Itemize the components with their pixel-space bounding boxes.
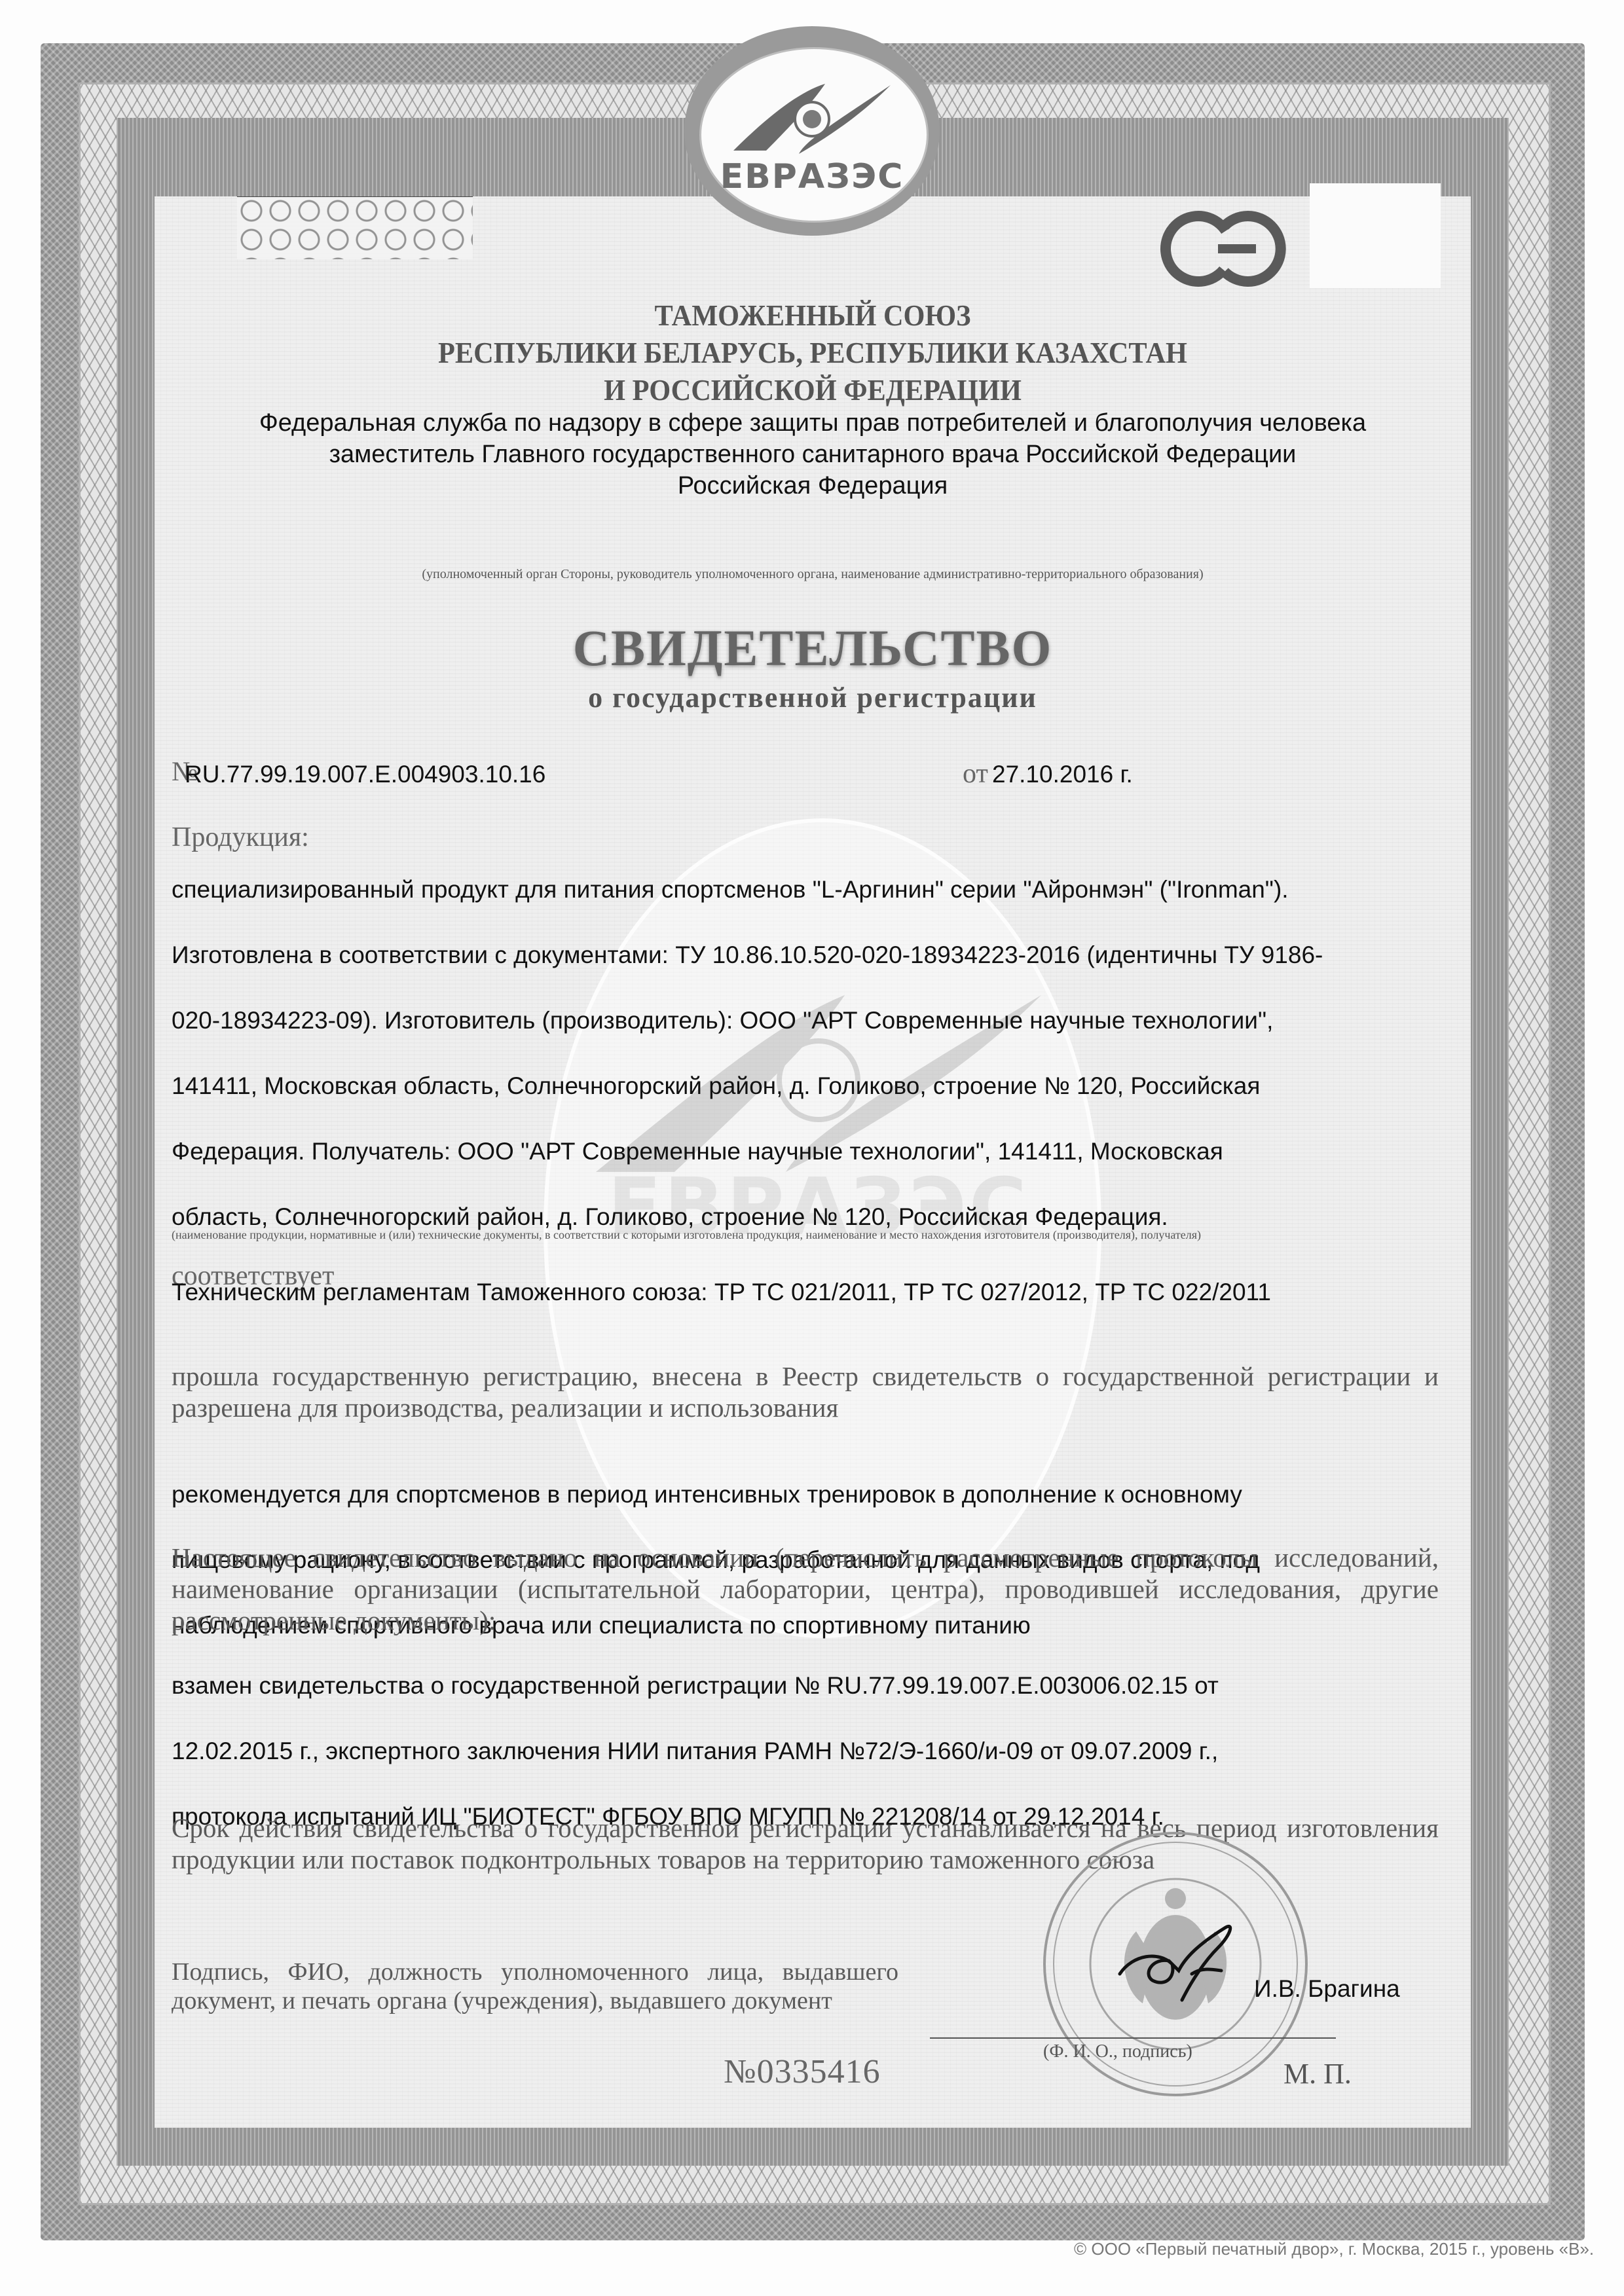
signature-caption: (Ф. И. О., подпись) (1043, 2041, 1192, 2062)
emblem-text: ЕВРАЗЭС (714, 157, 910, 196)
product-line: 141411, Московская область, Солнечногорс… (172, 1070, 1323, 1102)
usage-line: рекомендуется для спортсменов в период и… (172, 1478, 1260, 1511)
blank-area (1310, 183, 1441, 288)
product-line: специализированный продукт для питания с… (172, 873, 1323, 906)
signature-icon (1113, 1918, 1257, 2003)
conformity-text: Техническим регламентам Таможенного союз… (172, 1279, 1271, 1306)
header-line-1: ТАМОЖЕННЫЙ СОЮЗ (207, 298, 1418, 333)
signature-line (930, 2037, 1336, 2039)
blank-number: №0335416 (724, 2052, 881, 2091)
authority-line-1: Федеральная служба по надзору в сфере за… (155, 409, 1471, 437)
product-caption: (наименование продукции, нормативные и (… (172, 1228, 1201, 1242)
basis-line: 12.02.2015 г., экспертного заключения НИ… (172, 1735, 1219, 1768)
product-line: 020-18934223-09). Изготовитель (производ… (172, 1004, 1323, 1037)
product-line: Изготовлена в соответствии с документами… (172, 939, 1323, 972)
authority-line-3: Российская Федерация (155, 472, 1471, 500)
header-line-2: РЕСПУБЛИКИ БЕЛАРУСЬ, РЕСПУБЛИКИ КАЗАХСТА… (207, 335, 1418, 370)
registration-statement: прошла государственную регистрацию, внес… (172, 1360, 1439, 1423)
document-subtitle: о государственной регистрации (155, 681, 1471, 714)
product-description: специализированный продукт для питания с… (172, 841, 1323, 1266)
seal-label: М. П. (1283, 2057, 1352, 2090)
signatory-name: И.В. Брагина (1254, 1975, 1400, 2003)
registration-date: 27.10.2016 г. (992, 761, 1133, 788)
document-title: СВИДЕТЕЛЬСТВО (155, 619, 1471, 678)
security-pattern (237, 196, 473, 259)
eurasec-logo-icon (727, 79, 897, 157)
basis-line: взамен свидетельства о государственной р… (172, 1669, 1219, 1702)
conformity-mark-icon (1153, 206, 1297, 291)
product-line: Федерация. Получатель: ООО "АРТ Современ… (172, 1135, 1323, 1168)
basis-statement: Настоящее свидетельство выдано на основа… (172, 1542, 1439, 1636)
header-line-3: И РОССИЙСКОЙ ФЕДЕРАЦИИ (207, 373, 1418, 407)
printer-imprint: © ООО «Первый печатный двор», г. Москва,… (1074, 2239, 1594, 2259)
security-pattern-line (237, 196, 473, 197)
authority-caption: (уполномоченный орган Стороны, руководит… (155, 567, 1471, 582)
signature-label: Подпись, ФИО, должность уполномоченного … (172, 1958, 898, 2015)
date-label: от (963, 758, 988, 790)
registration-number: RU.77.99.19.007.E.004903.10.16 (185, 761, 545, 788)
authority-line-2: заместитель Главного государственного са… (155, 441, 1471, 469)
